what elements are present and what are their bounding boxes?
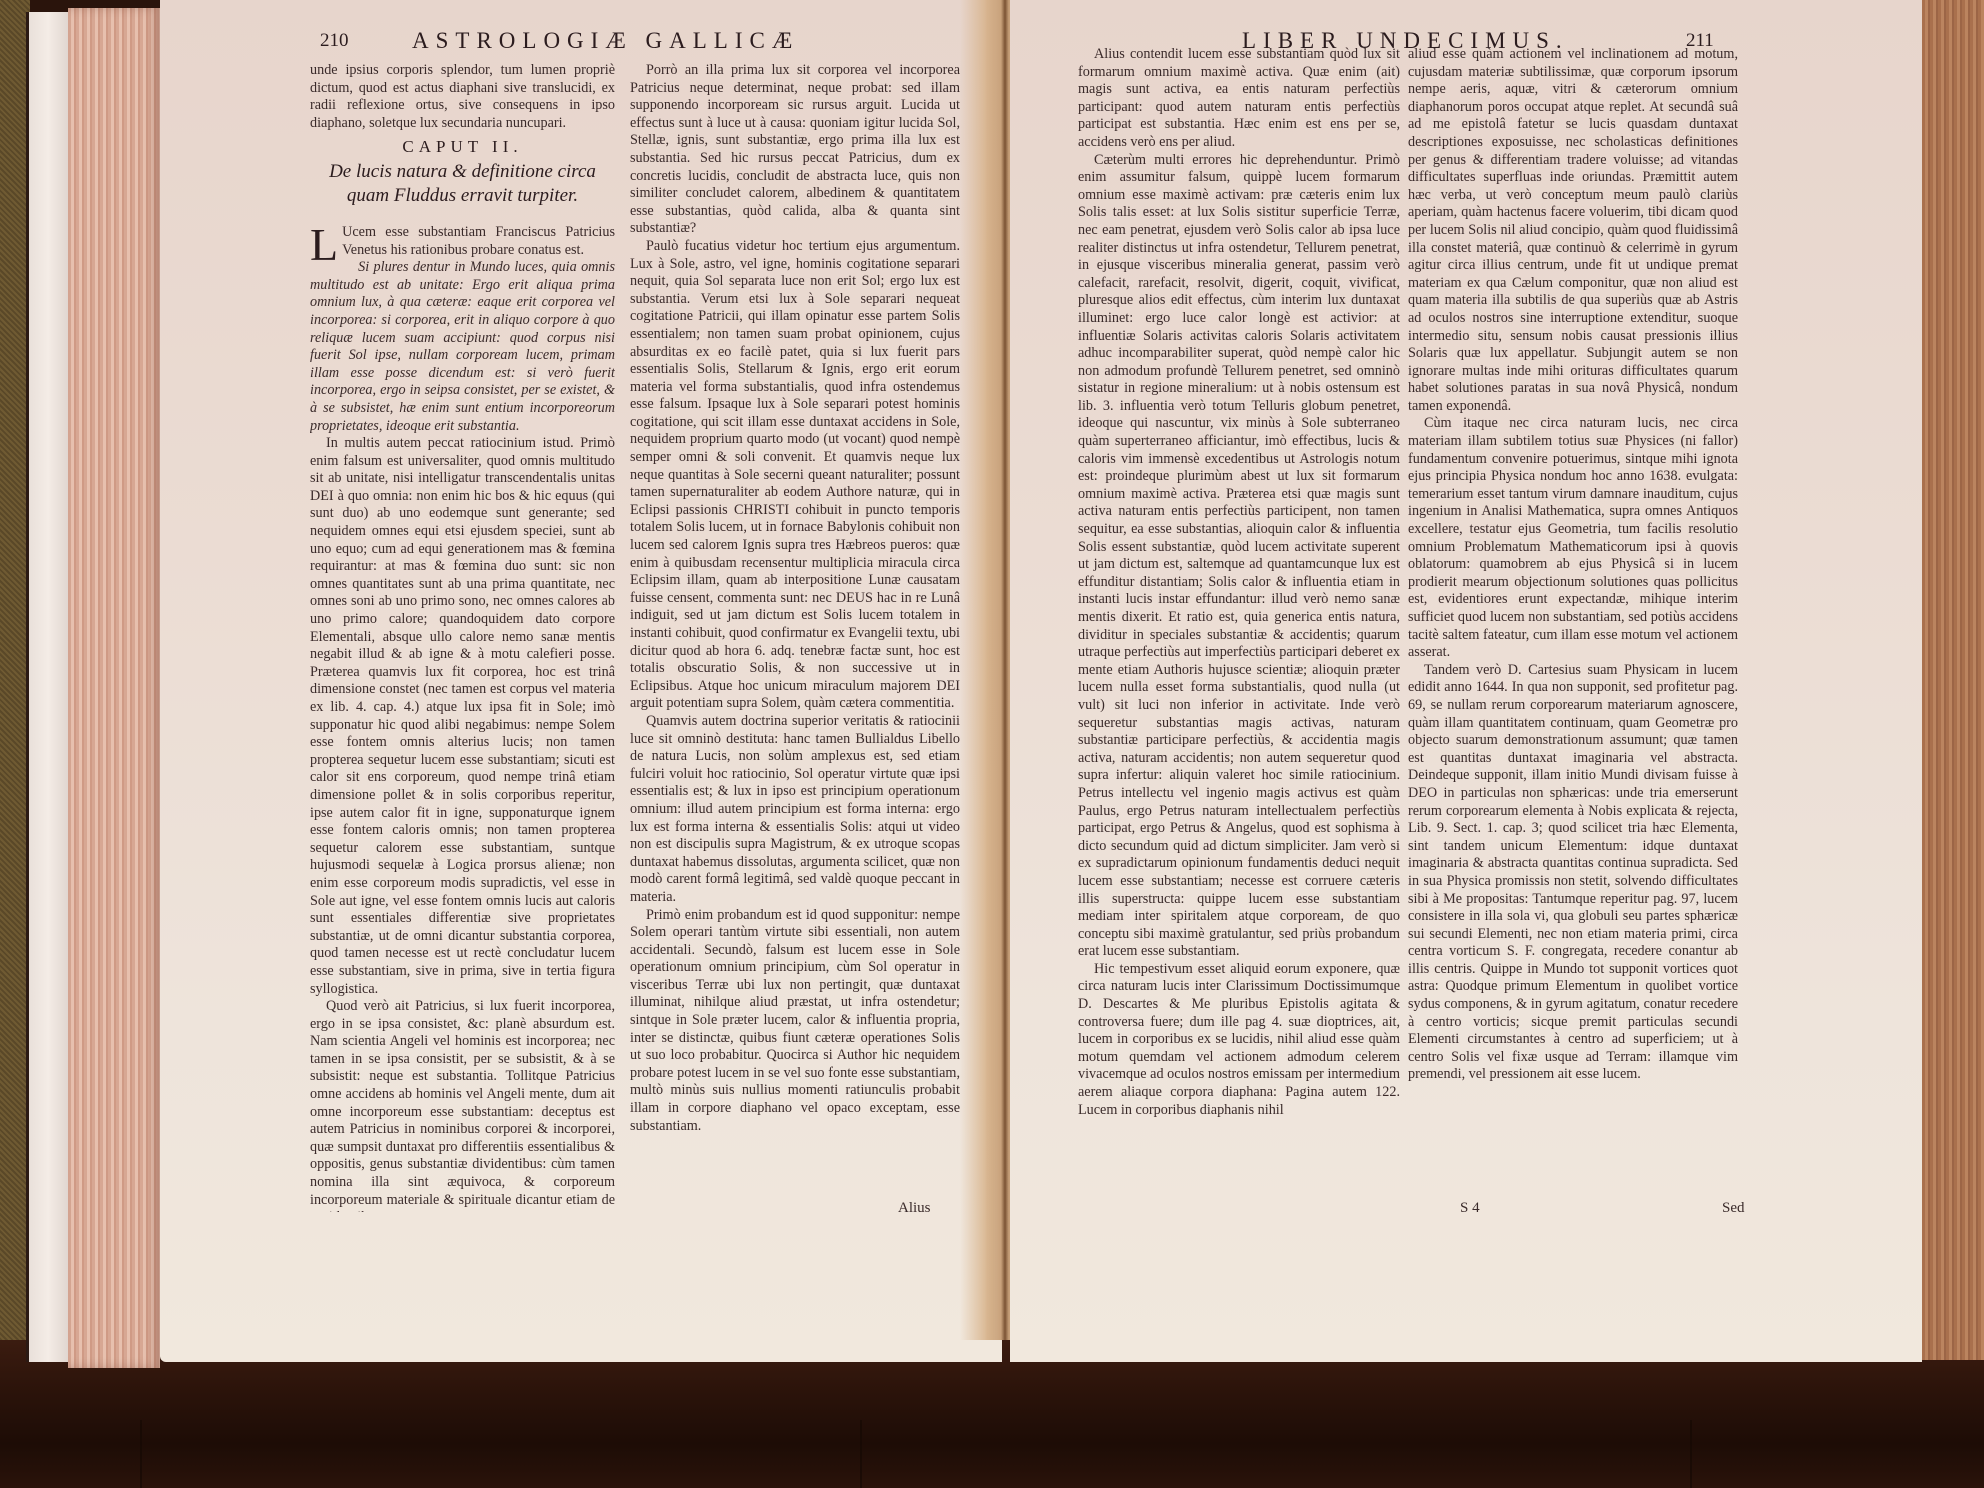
opening-paragraph: LUcem esse substantiam Franciscus Patric… — [310, 224, 615, 259]
paragraph: aliud esse quàm actionem vel inclination… — [1408, 46, 1738, 415]
paragraph: In multis autem peccat ratiocinium istud… — [310, 435, 615, 998]
right-fore-edge — [1922, 0, 1984, 1360]
wood-grain — [860, 1420, 862, 1488]
paragraph: Paulò fucatius videtur hoc tertium ejus … — [630, 238, 960, 713]
left-page-column-1: unde ipsius corporis splendor, tum lumen… — [310, 62, 615, 1212]
right-page: LIBER UNDECIMUS. 211 Alius contendit luc… — [1010, 0, 1922, 1362]
left-page: 210 ASTROLOGIÆ GALLICÆ unde ipsius corpo… — [160, 0, 1002, 1362]
paragraph: Cæterùm multi errores hic deprehenduntur… — [1078, 152, 1400, 961]
wood-grain — [1690, 1420, 1692, 1488]
catchword: Sed — [1722, 1200, 1745, 1217]
catchword: Alius — [898, 1200, 931, 1217]
paragraph: Quod verò ait Patricius, si lux fuerit i… — [310, 998, 615, 1212]
wood-grain — [140, 1420, 142, 1488]
paragraph: Tandem verò D. Cartesius suam Physicam i… — [1408, 662, 1738, 1084]
left-folio: 210 — [320, 30, 349, 52]
paragraph: Primò enim probandum est id quod supponi… — [630, 907, 960, 1136]
paragraph: unde ipsius corporis splendor, tum lumen… — [310, 62, 615, 132]
right-page-column-1: Alius contendit lucem esse substantiam q… — [1078, 46, 1400, 1119]
left-page-column-2: Porrò an illa prima lux sit corporea vel… — [630, 62, 960, 1135]
paragraph: Porrò an illa prima lux sit corporea vel… — [630, 62, 960, 238]
right-page-column-2: aliud esse quàm actionem vel inclination… — [1408, 46, 1738, 1084]
paragraph: Quamvis autem doctrina superior veritati… — [630, 713, 960, 907]
chapter-title: De lucis natura & definitione circa quam… — [310, 160, 615, 208]
paragraph: Hic tempestivum esset aliquid eorum expo… — [1078, 961, 1400, 1119]
wooden-table — [0, 1340, 1984, 1488]
signature-mark: S 4 — [1460, 1200, 1480, 1217]
italic-quotation: Si plures dentur in Mundo luces, quia om… — [310, 259, 615, 435]
paragraph: Cùm itaque nec circa naturam lucis, nec … — [1408, 415, 1738, 661]
chapter-heading: CAPUT II. — [310, 138, 615, 156]
paragraph: Alius contendit lucem esse substantiam q… — [1078, 46, 1400, 152]
left-running-head: ASTROLOGIÆ GALLICÆ — [412, 28, 799, 54]
dropcap-initial: L — [310, 226, 338, 264]
left-fore-edge — [68, 8, 160, 1368]
